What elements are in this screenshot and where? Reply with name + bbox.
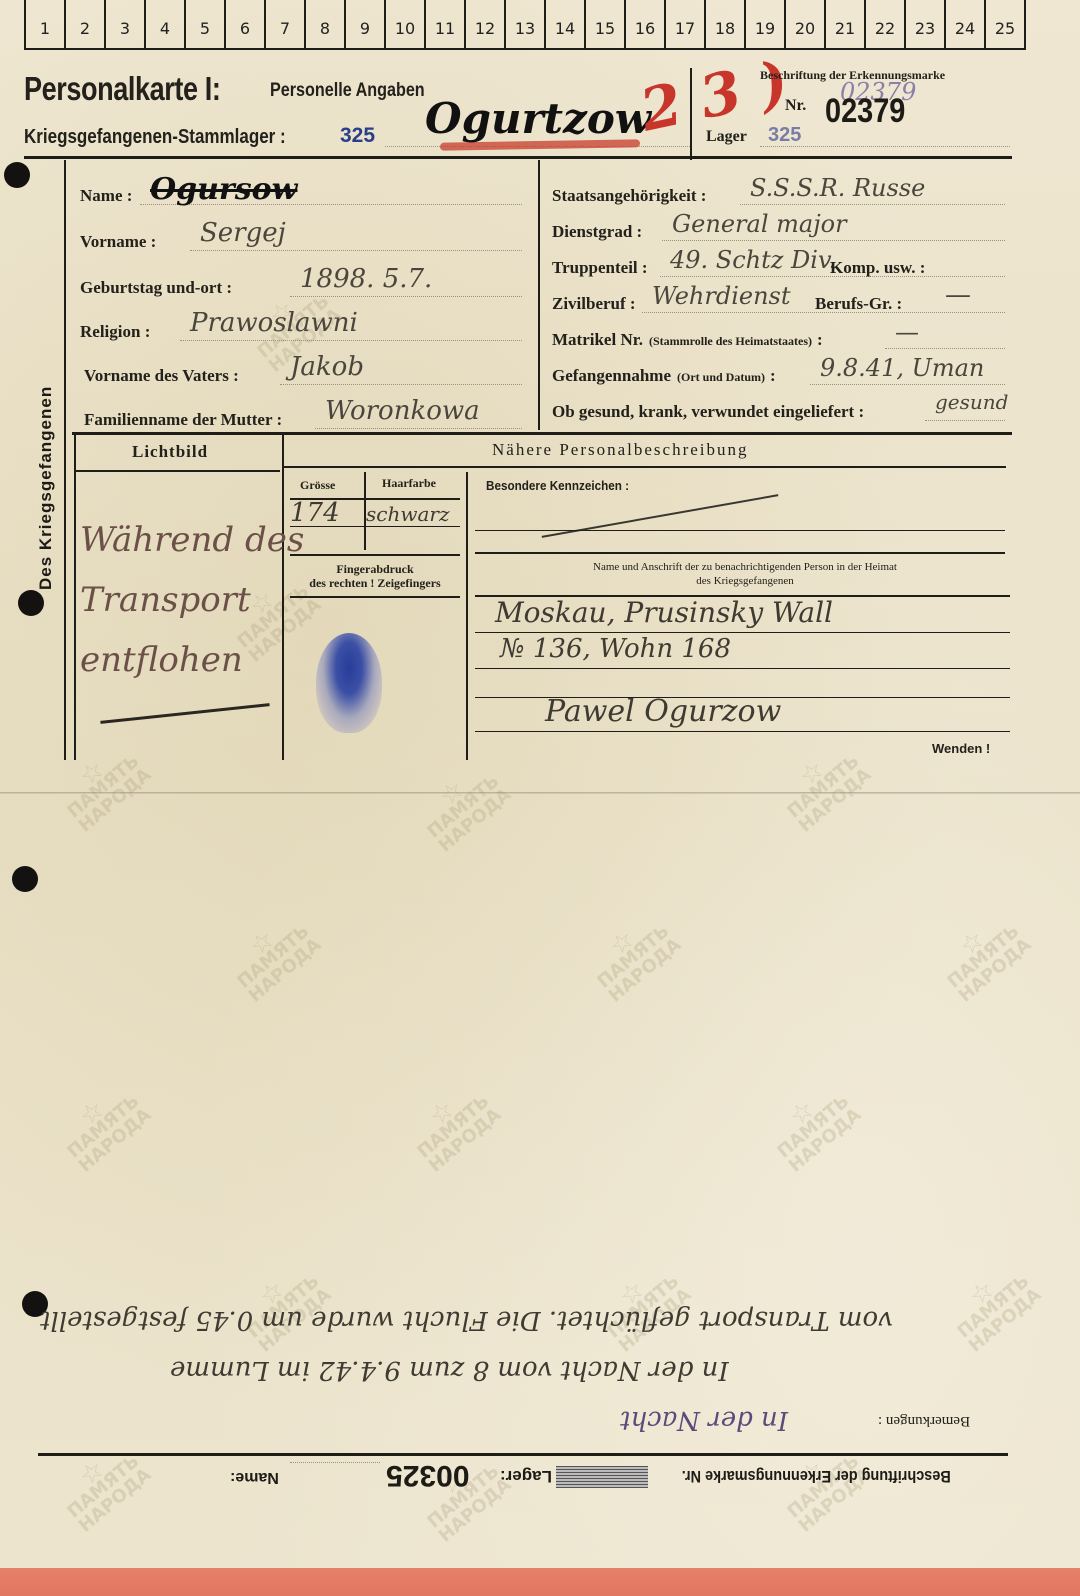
stammlager-label: Kriegsgefangenen-Stammlager : bbox=[24, 126, 286, 149]
header-divider bbox=[690, 68, 692, 160]
column-divider bbox=[538, 160, 540, 430]
field-value: — bbox=[945, 280, 971, 310]
side-rule bbox=[64, 160, 66, 760]
haarfarbe-value: schwarz bbox=[366, 502, 450, 526]
groesse-value: 174 bbox=[290, 498, 340, 528]
field-label-text: Dienstgrad : bbox=[552, 222, 642, 241]
field-label-note: (Stammrolle des Heimatstaates) bbox=[649, 334, 812, 348]
field-dotted-line bbox=[885, 348, 1005, 349]
contact-line-1: Moskau, Prusinsky Wall bbox=[495, 596, 833, 629]
ruler-column: 25 bbox=[986, 0, 1024, 48]
contact-label: Name und Anschrift der zu benachrichtige… bbox=[475, 560, 1015, 588]
punch-hole bbox=[12, 866, 38, 892]
reverse-rule bbox=[38, 1453, 1008, 1456]
contact-line-3: Pawel Ogurzow bbox=[545, 694, 781, 729]
ruler-column: 8 bbox=[306, 0, 346, 48]
field-label: Religion : bbox=[80, 322, 150, 342]
field-label: Vorname des Vaters : bbox=[84, 366, 239, 386]
bottom-color-strip bbox=[0, 1568, 1080, 1596]
contact-rule bbox=[475, 668, 1010, 669]
field-value: Wehrdienst bbox=[652, 282, 791, 310]
side-label: Des Kriegsgefangenen bbox=[36, 386, 56, 590]
field-value: Prawoslawni bbox=[190, 308, 358, 338]
field-value: — bbox=[895, 318, 919, 346]
bemerkungen-line-3: vom Transport geflüchtet. Die Flucht wur… bbox=[40, 1305, 990, 1335]
field-label-text: Matrikel Nr. bbox=[552, 330, 643, 349]
paper-fold bbox=[0, 792, 1080, 795]
footer-lager-label: Lager: bbox=[500, 1466, 552, 1486]
field-label-text: Ob gesund, krank, verwundet eingeliefert… bbox=[552, 402, 864, 421]
field-label-text: Staatsangehörigkeit : bbox=[552, 186, 706, 205]
field-value: 49. Schtz Div. bbox=[670, 246, 836, 274]
field-dotted-line bbox=[740, 204, 1005, 205]
footer-dotted-line bbox=[290, 1462, 380, 1463]
turn-label: Wenden ! bbox=[932, 741, 990, 756]
footer-lager-value: 00325 bbox=[386, 1458, 469, 1492]
ruler-column: 6 bbox=[226, 0, 266, 48]
ruler-column: 7 bbox=[266, 0, 306, 48]
card-subtitle: Personelle Angaben bbox=[270, 80, 425, 102]
description-divider bbox=[466, 472, 468, 760]
ruler-column: 16 bbox=[626, 0, 666, 48]
field-dotted-line bbox=[280, 384, 522, 385]
field-label-note: (Ort und Datum) bbox=[677, 370, 765, 384]
description-heading: Nähere Personalbeschreibung bbox=[492, 440, 749, 460]
header-bottom-rule bbox=[24, 156, 1012, 159]
lager-dotted-line bbox=[760, 146, 1010, 147]
lichtbild-label: Lichtbild bbox=[132, 442, 208, 462]
field-value: gesund bbox=[935, 390, 1008, 414]
stammlager-stamp: 325 bbox=[340, 124, 375, 148]
field-value: Woronkowa bbox=[325, 396, 480, 426]
ruler-column: 22 bbox=[866, 0, 906, 48]
ruler-column: 9 bbox=[346, 0, 386, 48]
ruler-column: 12 bbox=[466, 0, 506, 48]
punch-hole bbox=[4, 162, 30, 188]
kennzeichen-rule bbox=[475, 530, 1005, 531]
ruler-column: 1 bbox=[26, 0, 66, 48]
field-value: S.S.S.R. Russe bbox=[750, 174, 925, 202]
ruler-column: 20 bbox=[786, 0, 826, 48]
ruler-column: 21 bbox=[826, 0, 866, 48]
ruler-column: 3 bbox=[106, 0, 146, 48]
field-label: Name : bbox=[80, 186, 132, 206]
field-value: 1898. 5.7. bbox=[300, 264, 432, 294]
bemerkungen-line-2: In der Nacht vom 8 zum 9.4.42 im Lumme bbox=[170, 1355, 820, 1385]
lichtbild-note: Während des Transport entflohen bbox=[80, 510, 304, 690]
field-label-text: Truppenteil : bbox=[552, 258, 648, 277]
field-label: Berufs-Gr. : bbox=[815, 294, 902, 314]
field-label: Geburtstag und-ort : bbox=[80, 278, 232, 298]
field-label-text: Gefangennahme bbox=[552, 366, 671, 385]
field-label: Familienname der Mutter : bbox=[84, 410, 282, 430]
column-ruler: 1234567891011121314151617181920212223242… bbox=[24, 0, 1026, 50]
field-label: Zivilberuf : bbox=[552, 294, 636, 314]
lichtbild-left-rule bbox=[74, 435, 76, 760]
field-dotted-line bbox=[662, 240, 1005, 241]
field-dotted-line bbox=[180, 340, 522, 341]
surname-handwritten: Ogurtzow bbox=[425, 94, 651, 143]
bemerkungen-label: Bemerkungen : bbox=[878, 1412, 970, 1429]
ruler-column: 13 bbox=[506, 0, 546, 48]
ruler-column: 4 bbox=[146, 0, 186, 48]
kennzeichen-label: Besondere Kennzeichen : bbox=[486, 478, 629, 493]
field-dotted-line bbox=[190, 250, 522, 251]
ruler-column: 18 bbox=[706, 0, 746, 48]
ruler-column: 14 bbox=[546, 0, 586, 48]
ruler-column: 17 bbox=[666, 0, 706, 48]
groesse-label: Grösse bbox=[300, 478, 335, 493]
field-dotted-line bbox=[315, 428, 522, 429]
field-label-colon: : bbox=[770, 366, 776, 385]
field-label-colon: : bbox=[817, 330, 823, 349]
punch-hole bbox=[18, 590, 44, 616]
field-label: Ob gesund, krank, verwundet eingeliefert… bbox=[552, 402, 864, 422]
field-dotted-line bbox=[925, 420, 1005, 421]
contact-top-rule bbox=[475, 552, 1005, 554]
footer-name-label: Name: bbox=[230, 1468, 279, 1486]
personal-bottom-rule bbox=[72, 432, 1012, 435]
lager-label: Lager bbox=[706, 128, 747, 146]
ruler-column: 2 bbox=[66, 0, 106, 48]
nr-stamp: 02379 bbox=[825, 92, 905, 131]
footer-nr-box bbox=[556, 1466, 648, 1488]
field-label: Matrikel Nr.(Stammrolle des Heimatstaate… bbox=[552, 330, 823, 350]
field-label: Gefangennahme(Ort und Datum): bbox=[552, 366, 776, 386]
field-label: Vorname : bbox=[80, 232, 156, 252]
field-label-text: Zivilberuf : bbox=[552, 294, 636, 313]
ruler-column: 24 bbox=[946, 0, 986, 48]
field-label: Komp. usw. : bbox=[830, 258, 925, 278]
bemerkungen-line-1: In der Nacht bbox=[620, 1405, 790, 1435]
ruler-column: 5 bbox=[186, 0, 226, 48]
description-heading-rule bbox=[284, 466, 1006, 468]
field-value: Ogursow bbox=[150, 172, 297, 207]
fingerprint-bottom-rule bbox=[290, 596, 460, 598]
lichtbild-rule bbox=[76, 470, 280, 472]
field-value: Sergej bbox=[200, 218, 286, 248]
field-value: Jakob bbox=[290, 352, 364, 382]
contact-rule bbox=[475, 731, 1010, 732]
lager-stamp: 325 bbox=[768, 124, 801, 147]
fingerprint-label: Fingerabdruck des rechten ! Zeigefingers bbox=[290, 562, 460, 590]
ruler-column: 11 bbox=[426, 0, 466, 48]
fingerprint-image bbox=[316, 633, 382, 733]
haarfarbe-label: Haarfarbe bbox=[382, 476, 436, 491]
ruler-column: 19 bbox=[746, 0, 786, 48]
fingerprint-top-rule bbox=[290, 554, 460, 556]
field-value: 9.8.41, Uman bbox=[820, 354, 984, 382]
ruler-column: 10 bbox=[386, 0, 426, 48]
card-title: Personalkarte I: bbox=[24, 70, 220, 108]
field-label: Truppenteil : bbox=[552, 258, 648, 278]
field-label: Dienstgrad : bbox=[552, 222, 642, 242]
nr-label: Nr. bbox=[785, 97, 806, 115]
contact-rule bbox=[475, 632, 1010, 633]
contact-line-2: № 136, Wohn 168 bbox=[500, 634, 731, 664]
field-value: General major bbox=[672, 210, 847, 238]
ruler-column: 23 bbox=[906, 0, 946, 48]
ruler-column: 15 bbox=[586, 0, 626, 48]
groesse-underline bbox=[290, 526, 460, 527]
field-dotted-line bbox=[290, 296, 522, 297]
field-dotted-line bbox=[810, 384, 1005, 385]
field-label: Staatsangehörigkeit : bbox=[552, 186, 706, 206]
footer-erkennungsmarke-label: Beschriftung der Erkennungsmarke Nr. bbox=[682, 1466, 951, 1486]
